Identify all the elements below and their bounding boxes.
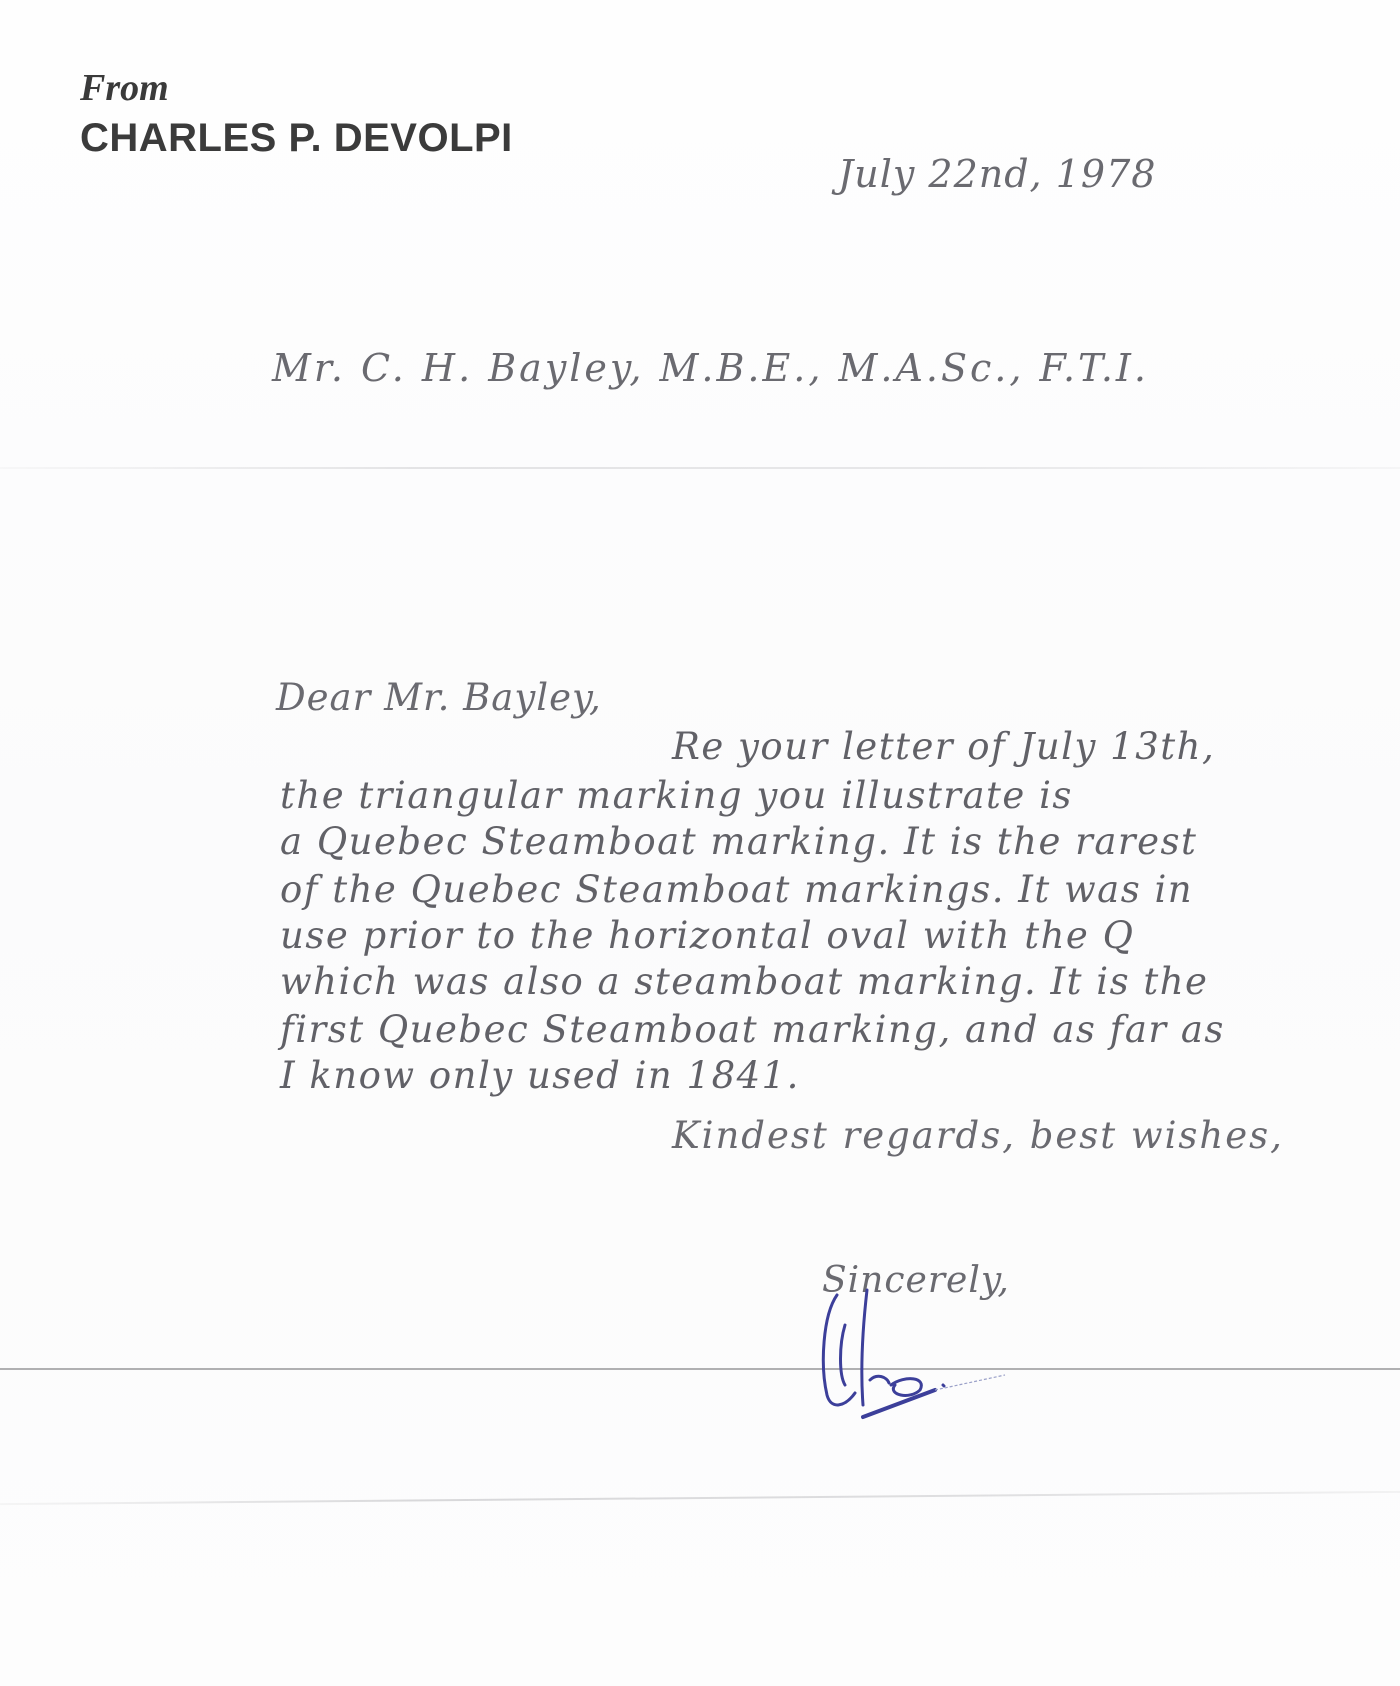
body-line: a Quebec Steamboat marking. It is the ra…	[280, 820, 1197, 863]
body-line: Re your letter of July 13th,	[672, 725, 1215, 768]
body-line: the triangular marking you illustrate is	[280, 774, 1073, 817]
letterhead-from-label: From	[80, 66, 169, 110]
body-line: first Quebec Steamboat marking, and as f…	[280, 1008, 1225, 1051]
body-line: of the Quebec Steamboat markings. It was…	[280, 868, 1193, 911]
salutation: Dear Mr. Bayley,	[276, 676, 602, 719]
letterhead-sender-name: CHARLES P. DEVOLPI	[80, 116, 513, 161]
recipient-line: Mr. C. H. Bayley, M.B.E., M.A.Sc., F.T.I…	[272, 346, 1149, 390]
body-line: use prior to the horizontal oval with th…	[280, 914, 1134, 957]
fold-line	[0, 467, 1400, 469]
signature-icon	[815, 1285, 1075, 1425]
fold-line	[0, 1368, 1400, 1370]
body-line: I know only used in 1841.	[280, 1054, 800, 1097]
closing-line: Kindest regards, best wishes,	[672, 1114, 1284, 1157]
letter-date: July 22nd, 1978	[838, 152, 1156, 196]
body-line: which was also a steamboat marking. It i…	[280, 960, 1208, 1003]
